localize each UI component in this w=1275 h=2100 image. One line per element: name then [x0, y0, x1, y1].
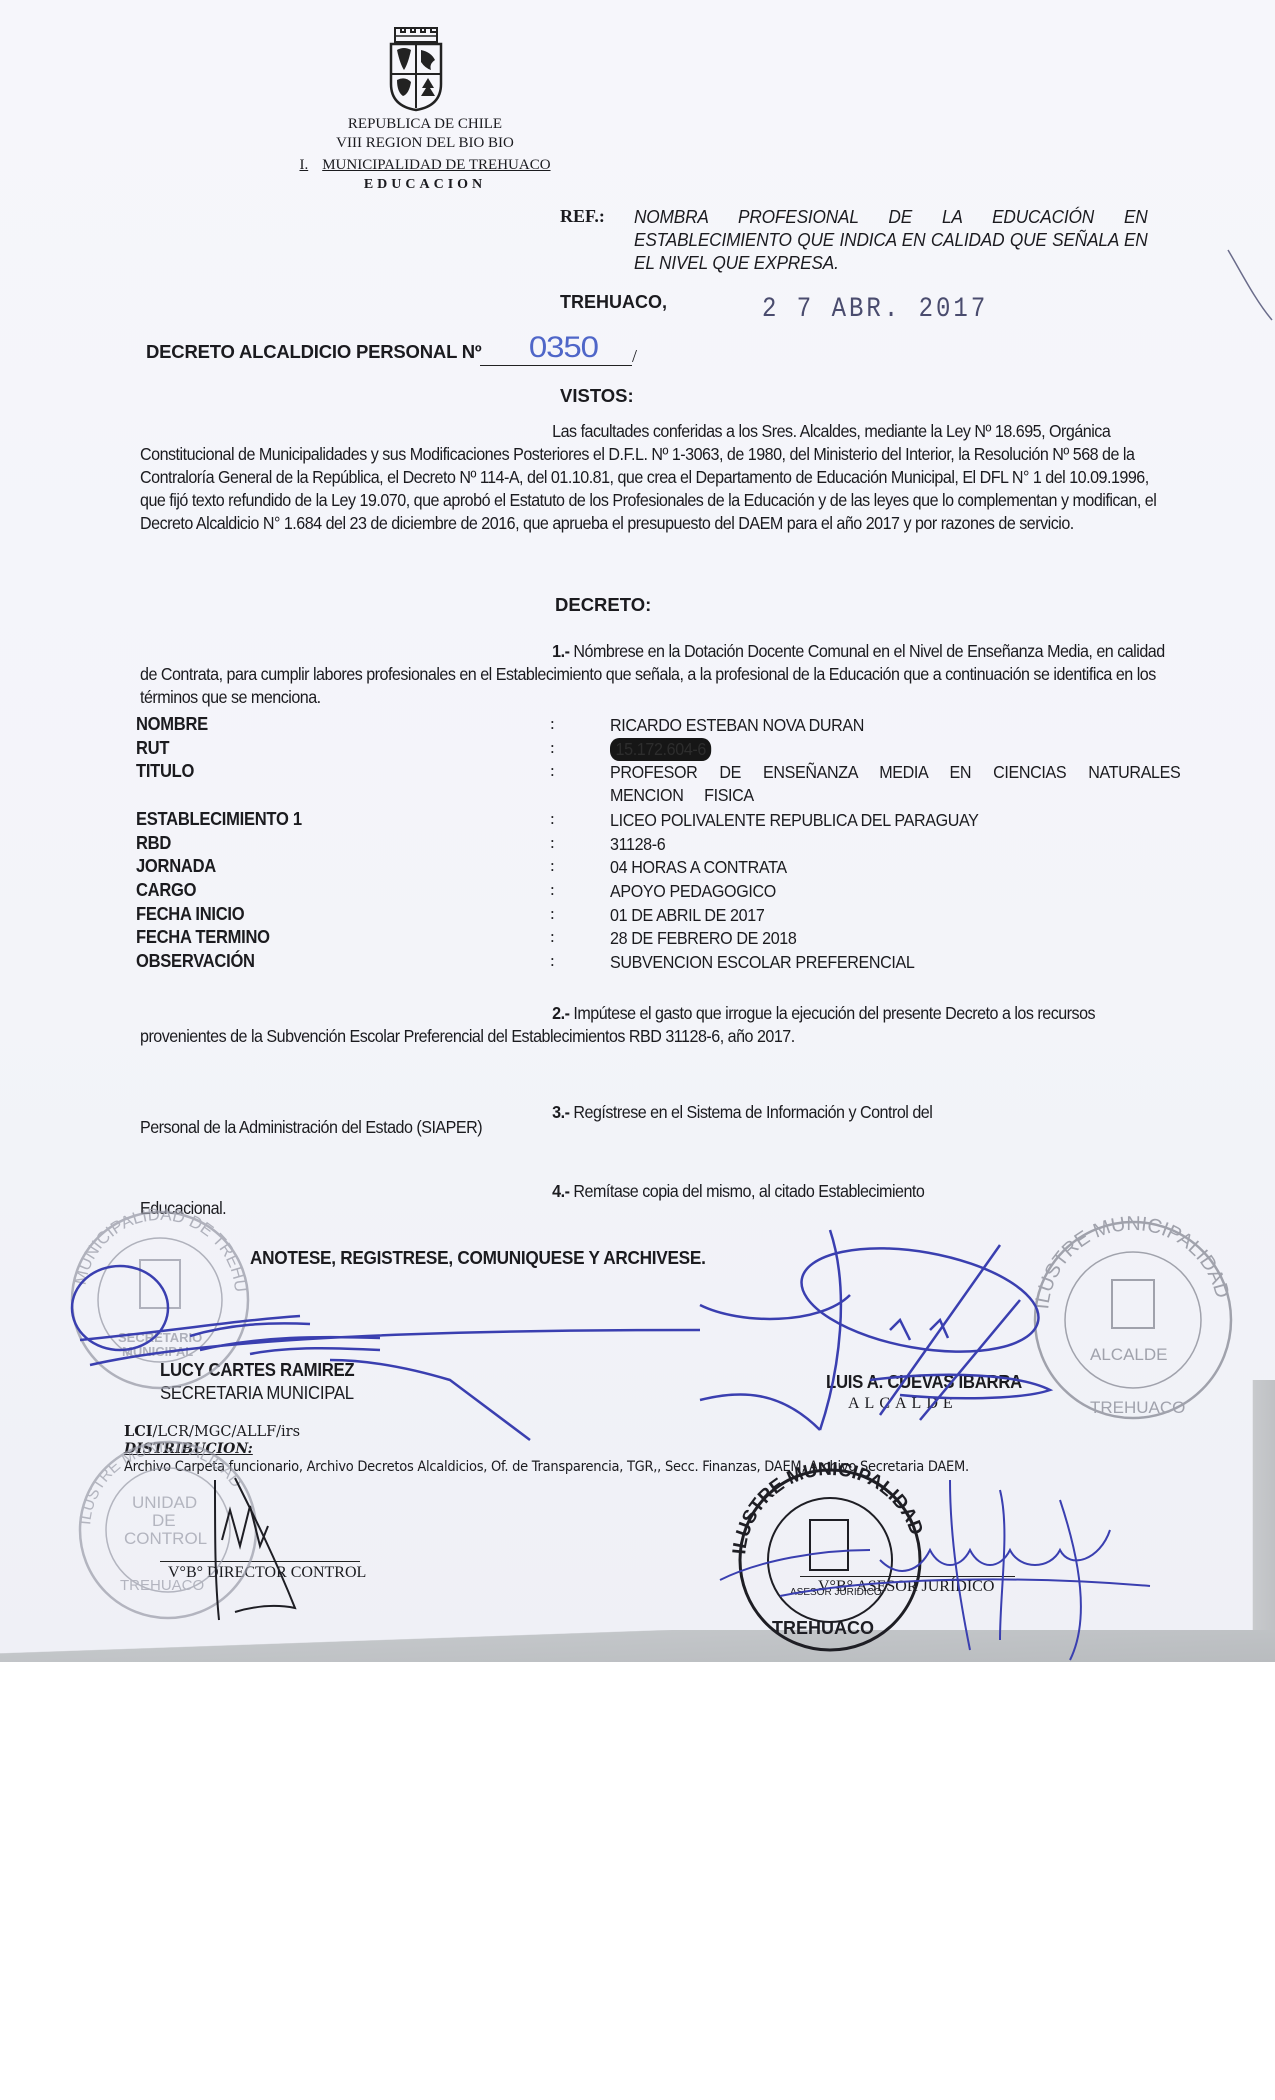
article-first-line: Impútese el gasto que irrogue la ejecuci…	[573, 1003, 941, 1023]
scan-bottom-edge	[0, 1630, 1275, 1662]
initials-rest: /LCR/MGC/ALLF/irs	[153, 1424, 301, 1440]
article-number: 2.-	[552, 1003, 569, 1023]
header-country: REPUBLICA DE CHILE	[250, 116, 600, 133]
field-value: 28 DE FEBRERO DE 2018	[610, 927, 1125, 950]
field-row-establecimiento: ESTABLECIMIENTO 1 : LICEO POLIVALENTE RE…	[136, 809, 1236, 833]
header-municipality: I.MUNICIPALIDAD DE TREHUACO	[250, 157, 600, 174]
field-value: 04 HORAS A CONTRATA	[610, 856, 1125, 879]
field-row-nombre: NOMBRE : RICARDO ESTEBAN NOVA DURAN	[136, 714, 1236, 738]
decree-number: 0350	[529, 331, 598, 365]
header-municipality-prefix: I.	[299, 157, 308, 173]
scan-edge-shadow	[1247, 1380, 1275, 1662]
field-separator: :	[550, 833, 555, 853]
article-body: Educacional.	[140, 1198, 226, 1218]
secretary-role: SECRETARIA MUNICIPAL	[160, 1383, 354, 1404]
control-signature-line	[160, 1561, 360, 1562]
field-row-jornada: JORNADA : 04 HORAS A CONTRATA	[136, 856, 1236, 880]
distribution-label: DISTRIBUCION:	[124, 1441, 253, 1457]
vistos-paragraph: Las facultades conferidas a los Sres. Al…	[140, 420, 1170, 535]
article-number: 3.-	[552, 1102, 569, 1122]
field-value: 15.172.604-6	[610, 738, 1125, 761]
field-row-titulo: TITULO : PROFESOR DE ENSEÑANZA MEDIA EN …	[136, 761, 1236, 809]
field-value: 31128-6	[610, 833, 1125, 856]
field-value: APOYO PEDAGOGICO	[610, 880, 1125, 903]
field-label: CARGO	[136, 880, 196, 901]
field-value: LICEO POLIVALENTE REPUBLICA DEL PARAGUAY	[610, 809, 1125, 832]
field-separator: :	[550, 927, 555, 947]
field-separator: :	[550, 761, 555, 781]
reference-initials: LCI/LCR/MGC/ALLF/irs	[124, 1423, 300, 1440]
header-department: EDUCACION	[250, 177, 600, 193]
distribution-list: Archivo Carpeta funcionario, Archivo Dec…	[124, 1459, 969, 1475]
field-separator: :	[550, 738, 555, 758]
article-first-line: Remítase copia del mismo, al citado Esta…	[573, 1181, 924, 1201]
field-label: RBD	[136, 833, 171, 854]
field-label: FECHA INICIO	[136, 904, 244, 925]
vistos-first-line: Las facultades conferidas a los Sres. Al…	[552, 421, 991, 441]
article-first-line: Nómbrese en la Dotación Docente Comunal …	[573, 641, 963, 661]
field-row-observacion: OBSERVACIÓN : SUBVENCION ESCOLAR PREFERE…	[136, 951, 1236, 975]
legal-approval: V°B° ASESOR JURÍDICO	[818, 1578, 994, 1596]
field-separator: :	[550, 951, 555, 971]
date-stamp: 2 7 ABR. 2017	[762, 294, 988, 325]
coat-of-arms-icon	[385, 26, 447, 112]
vistos-heading: VISTOS:	[560, 385, 634, 407]
appointment-details: NOMBRE : RICARDO ESTEBAN NOVA DURAN RUT …	[136, 714, 1236, 974]
decreto-heading: DECRETO:	[555, 594, 651, 616]
ref-text: NOMBRA PROFESIONAL DE LA EDUCACIÓN EN ES…	[634, 206, 1148, 275]
article-4: 4.- Remítase copia del mismo, al citado …	[140, 1180, 1170, 1226]
place-label: TREHUACO,	[560, 292, 667, 313]
ref-label: REF.:	[560, 206, 605, 227]
field-value: RICARDO ESTEBAN NOVA DURAN	[610, 714, 1125, 737]
field-value: PROFESOR DE ENSEÑANZA MEDIA EN CIENCIAS …	[610, 761, 1180, 807]
control-approval: V°B° DIRECTOR CONTROL	[168, 1564, 366, 1582]
initials-bold: LCI	[124, 1423, 153, 1440]
field-row-fecha-termino: FECHA TERMINO : 28 DE FEBRERO DE 2018	[136, 927, 1236, 951]
mayor-name: LUIS A. CUEVAS IBARRA	[826, 1372, 1022, 1393]
article-3: 3.- Regístrese en el Sistema de Informac…	[140, 1101, 1170, 1147]
mayor-role: ALCALDE	[848, 1395, 958, 1413]
field-row-fecha-inicio: FECHA INICIO : 01 DE ABRIL DE 2017	[136, 904, 1236, 928]
field-separator: :	[550, 904, 555, 924]
field-label: JORNADA	[136, 856, 216, 877]
field-row-rut: RUT : 15.172.604-6	[136, 738, 1236, 762]
closing-formula: ANOTESE, REGISTRESE, COMUNIQUESE Y ARCHI…	[250, 1247, 706, 1269]
field-separator: :	[550, 714, 555, 734]
article-body: Personal de la Administración del Estado…	[140, 1117, 482, 1137]
decree-number-line	[480, 365, 632, 366]
field-separator: :	[550, 809, 555, 829]
field-label: FECHA TERMINO	[136, 927, 270, 948]
field-label: TITULO	[136, 761, 194, 782]
field-label: OBSERVACIÓN	[136, 951, 255, 972]
secretary-name: LUCY CARTES RAMIREZ	[160, 1360, 354, 1381]
decree-title: DECRETO ALCALDICIO PERSONAL Nº	[146, 341, 482, 363]
field-row-rbd: RBD : 31128-6	[136, 833, 1236, 857]
field-label: ESTABLECIMIENTO 1	[136, 809, 302, 830]
article-number: 1.-	[552, 641, 569, 661]
header-municipality-name: MUNICIPALIDAD DE TREHUACO	[322, 157, 550, 173]
article-number: 4.-	[552, 1181, 569, 1201]
decree-suffix: /	[632, 346, 637, 367]
field-value: 01 DE ABRIL DE 2017	[610, 904, 1125, 927]
field-value: SUBVENCION ESCOLAR PREFERENCIAL	[610, 951, 1125, 974]
legal-signature-line	[800, 1576, 1015, 1577]
field-label: RUT	[136, 738, 169, 759]
article-1: 1.- Nómbrese en la Dotación Docente Comu…	[140, 640, 1170, 709]
field-separator: :	[550, 856, 555, 876]
redacted-rut: 15.172.604-6	[610, 738, 712, 761]
header-region: VIII REGION DEL BIO BIO	[250, 135, 600, 152]
field-row-cargo: CARGO : APOYO PEDAGOGICO	[136, 880, 1236, 904]
field-label: NOMBRE	[136, 714, 208, 735]
article-2: 2.- Impútese el gasto que irrogue la eje…	[140, 1002, 1170, 1048]
field-separator: :	[550, 880, 555, 900]
article-first-line: Regístrese en el Sistema de Información …	[573, 1102, 932, 1122]
